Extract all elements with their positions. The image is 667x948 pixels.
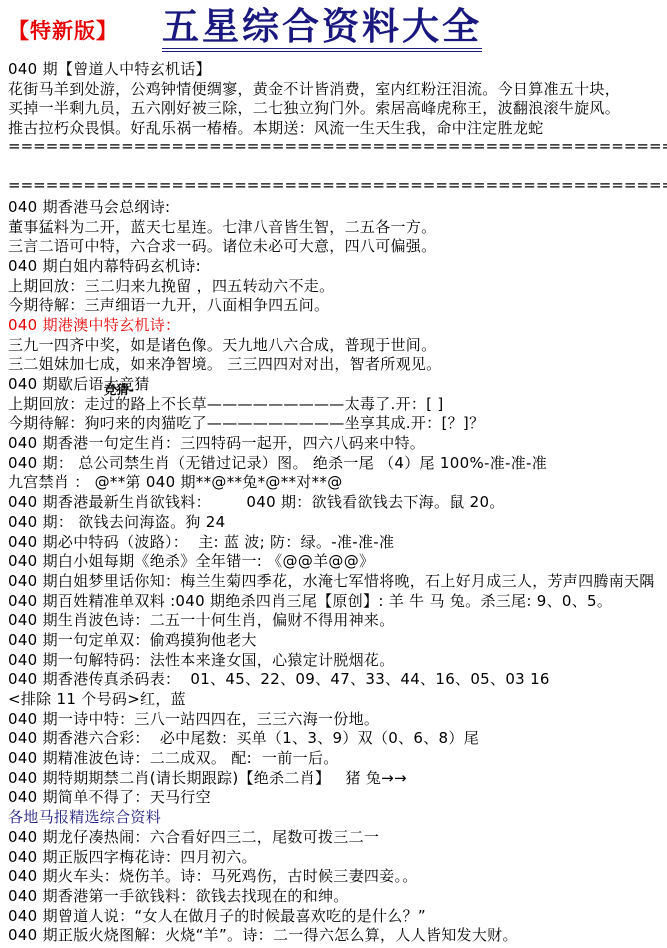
text-line: 040 期特期期禁二肖(请长期跟踪)【绝杀二肖】 猪 兔→→ [8, 767, 667, 787]
text-line: 040 期正版火烧图解：火烧“羊”。诗：二一得六怎么算，人人皆知发大财。 [8, 924, 667, 944]
text-line: 推古拉朽众畏惧。好乱乐祸一椿椿。本期送：风流一生天生我，命中注定胜龙蛇 [8, 117, 667, 137]
text-line-content: 040 期香港马会总纲诗: [8, 198, 170, 216]
text-line-content: 040 期香港一句定生肖：三四特码一起开，四六八码来中特。 [8, 434, 425, 452]
text-line-content: 040 期【曾道人中特玄机话】 [8, 60, 211, 78]
separator-line: ========================================… [8, 137, 667, 157]
text-line-content: 040 期港澳中特玄机诗： [8, 316, 180, 334]
text-line: 040 期正版四字梅花诗：四月初六。 [8, 846, 667, 866]
text-line: 040 期精准波色诗：二二成双。 配: 一前一后。 [8, 747, 667, 767]
text-line: 040 期香港六合彩： 必中尾数：买单（1、3、9）双（0、6、8）尾 [8, 727, 667, 747]
text-line: 040 期港澳中特玄机诗： [8, 314, 667, 334]
text-line-content: 三二姐妹加七成，如来净智境。 三三四四对对出，智者所观见。 [8, 355, 441, 373]
text-line-content: ========================================… [8, 176, 667, 194]
text-line-content: 040 期一句定单双：偷鸡摸狗他老大 [8, 631, 257, 649]
text-line-content: 九宫禁肖 ： @**第 040 期**@**兔*@**对**@ [8, 473, 343, 491]
text-line-content: 040 期香港最新生肖欲钱料： 040 期：欲钱看欲钱去下海。鼠 20。 [8, 493, 505, 511]
text-line: 040 期香港马会总纲诗: [8, 196, 667, 216]
text-line-content: 董事猛料为二开，蓝天七星连。七津八音皆生智，二五各一方。 [8, 218, 436, 236]
blank-line [8, 156, 667, 176]
text-line: 买掉一半剩九员，五六刚好被三除，二七独立狗门外。索居高峰虎称王，波翻浪滚牛旋风。 [8, 97, 667, 117]
text-line-content: 三九一四齐中奖，如是诸色像。天九地八六合成，普现于世间。 [8, 336, 436, 354]
text-line: 040 期一句解特码：法性本来逢女国，心猿定计脱烟花。 [8, 649, 667, 669]
text-line-content: ========================================… [8, 137, 667, 155]
text-line-content: 040 期曾道人说：“女人在做月子的时候最喜欢吃的是什么？” [8, 907, 426, 925]
text-line-content: 040 期香港传真杀码表： 01、45、22、09、47、33、44、16、05… [8, 670, 550, 688]
text-line-content: 买掉一半剩九员，五六刚好被三除，二七独立狗门外。索居高峰虎称王，波翻浪滚牛旋风。 [8, 99, 620, 117]
text-line-content: 040 期百姓精准单双料 :040 期绝杀四肖三尾【原创】: 羊 牛 马 兔。杀… [8, 592, 612, 610]
text-line: 各地马报精选综合资料 [8, 806, 667, 826]
text-line-content: 各地马报精选综合资料 [8, 808, 161, 826]
text-line: 上期回放：三二归来九挽留 ，四五转动六不走。 [8, 275, 667, 295]
text-line-content: 040 期特期期禁二肖(请长期跟踪)【绝杀二肖】 猪 兔→→ [8, 769, 407, 787]
text-line-content: 040 期香港第一手欲钱料：欲钱去找现在的和绅。 [8, 887, 349, 905]
text-line-content: 040 期必中特码（波路）： 主: 蓝 波; 防：绿。-准-准-准 [8, 533, 394, 551]
content-lines: 040 期【曾道人中特玄机话】花街马羊到处游，公鸡钟情便绸寥，黄金不计皆消费，室… [0, 52, 667, 944]
text-line: 董事猛料为二开，蓝天七星连。七津八音皆生智，二五各一方。 [8, 216, 667, 236]
text-line: 040 期曾道人说：“女人在做月子的时候最喜欢吃的是什么？” [8, 905, 667, 925]
text-line: 今期待解：狗叼来的肉猫吃了—————————坐享其成.开：[？]？ [8, 412, 667, 432]
text-line: 040 期简单不得了：天马行空 [8, 786, 667, 806]
text-line: 040 期香港最新生肖欲钱料： 040 期：欲钱看欲钱去下海。鼠 20。 [8, 491, 667, 511]
text-line: 040 期香港传真杀码表： 01、45、22、09、47、33、44、16、05… [8, 668, 667, 688]
text-line: 040 期一诗中特：三八一站四四在，三三六海一份地。 [8, 708, 667, 728]
text-line-content: 040 期龙仔凑热闹：六合看好四三二，尾数可拨三二一 [8, 828, 379, 846]
text-line: 040 期白姐内幕特码玄机诗: [8, 255, 667, 275]
text-line: 040 期火车头：烧伤羊。诗：马死鸡伤，古时候三妻四妾。。 [8, 865, 667, 885]
text-line-content: <排除 11 个号码>红，蓝 [8, 690, 186, 708]
text-line: 三九一四齐中奖，如是诸色像。天九地八六合成，普现于世间。 [8, 334, 667, 354]
text-line-content: 040 期精准波色诗：二二成双。 配: 一前一后。 [8, 749, 339, 767]
text-line: 040 期白小姐每期《绝杀》全年错一: 《@@羊@@》 [8, 550, 667, 570]
text-line: 花街马羊到处游，公鸡钟情便绸寥，黄金不计皆消费，室内红粉汪泪流。今日算准五十块， [8, 78, 667, 98]
text-line: 040 期生肖波色诗：二五一十何生肖，偏财不得用神来。 [8, 609, 667, 629]
text-line-content: 040 期： 总公司禁生肖（无错过记录）图。 绝杀一尾 （4）尾 100%-准-… [8, 454, 547, 472]
text-line-content: 040 期一句解特码：法性本来逢女国，心猿定计脱烟花。 [8, 651, 395, 669]
text-line: 九宫禁肖 ： @**第 040 期**@**兔*@**对**@ [8, 471, 667, 491]
text-line-content: 040 期白小姐每期《绝杀》全年错一: 《@@羊@@》 [8, 552, 374, 570]
text-line-content: 040 期一诗中特：三八一站四四在，三三六海一份地。 [8, 710, 379, 728]
text-line-content: 今期待解：三声细语一九开，八面相争四五问。 [8, 296, 329, 314]
text-line: 三言二语可中特，六合求一码。诸位未必可大意，四八可偏强。 [8, 235, 667, 255]
text-line: 040 期香港第一手欲钱料：欲钱去找现在的和绅。 [8, 885, 667, 905]
text-line: 040 期： 欲钱去问海盗。狗 24 [8, 511, 667, 531]
text-line: 040 期必中特码（波路）： 主: 蓝 波; 防：绿。-准-准-准 [8, 531, 667, 551]
text-line: 040 期百姓精准单双料 :040 期绝杀四肖三尾【原创】: 羊 牛 马 兔。杀… [8, 590, 667, 610]
text-line-content: 推古拉朽众畏惧。好乱乐祸一椿椿。本期送：风流一生天生我，命中注定胜龙蛇 [8, 119, 544, 137]
page-header: 【特新版】 五星综合资料大全 [0, 0, 667, 52]
text-line-content: 三言二语可中特，六合求一码。诸位未必可大意，四八可偏强。 [8, 237, 436, 255]
text-line-content: 040 期生肖波色诗：二五一十何生肖，偏财不得用神来。 [8, 611, 395, 629]
text-line-content: 040 期正版火烧图解：火烧“羊”。诗：二一得六怎么算，人人皆知发大财。 [8, 926, 518, 944]
text-line-content: 040 期： 欲钱去问海盗。狗 24 [8, 513, 225, 531]
text-line-content: 040 期白姐内幕特码玄机诗: [8, 257, 201, 275]
text-line-content: 040 期简单不得了：天马行空 [8, 788, 211, 806]
page-title: 五星综合资料大全 [162, 8, 482, 52]
text-line: 040 期【曾道人中特玄机话】 [8, 58, 667, 78]
text-line-content: 上期回放：三二归来九挽留 ，四五转动六不走。 [8, 277, 334, 295]
text-line-content: 今期待解：狗叼来的肉猫吃了—————————坐享其成.开：[？]？ [8, 414, 484, 432]
text-line: 040 期龙仔凑热闹：六合看好四三二，尾数可拨三二一 [8, 826, 667, 846]
text-line: 040 期一句定单双：偷鸡摸狗他老大 [8, 629, 667, 649]
text-line-content: 040 期白姐梦里话你知：梅兰生菊四季花，水淹七军惜将晚，石上好月成三人，芳声四… [8, 572, 655, 590]
text-line: 三二姐妹加七成，如来净智境。 三三四四对对出，智者所观见。 [8, 353, 667, 373]
overlapping-text-artifact: 竞猜- [104, 382, 134, 397]
text-line: 040 期歇后语大竞猜竞猜- [8, 373, 667, 393]
text-line-content: 040 期正版四字梅花诗：四月初六。 [8, 848, 257, 866]
text-line: 040 期香港一句定生肖：三四特码一起开，四六八码来中特。 [8, 432, 667, 452]
text-line: 040 期： 总公司禁生肖（无错过记录）图。 绝杀一尾 （4）尾 100%-准-… [8, 452, 667, 472]
text-line: <排除 11 个号码>红，蓝 [8, 688, 667, 708]
separator-line: ========================================… [8, 176, 667, 196]
text-line-content: 上期回放：走过的路上不长草—————————太毒了.开：[ ] [8, 395, 444, 413]
text-line: 040 期白姐梦里话你知：梅兰生菊四季花，水淹七军惜将晚，石上好月成三人，芳声四… [8, 570, 667, 590]
text-line: 今期待解：三声细语一九开，八面相争四五问。 [8, 294, 667, 314]
text-line-content: 花街马羊到处游，公鸡钟情便绸寥，黄金不计皆消费，室内红粉汪泪流。今日算准五十块， [8, 80, 620, 98]
text-line-content: 040 期火车头：烧伤羊。诗：马死鸡伤，古时候三妻四妾。。 [8, 867, 418, 885]
text-line-content: 040 期香港六合彩： 必中尾数：买单（1、3、9）双（0、6、8）尾 [8, 729, 479, 747]
edition-badge: 【特新版】 [8, 15, 118, 45]
